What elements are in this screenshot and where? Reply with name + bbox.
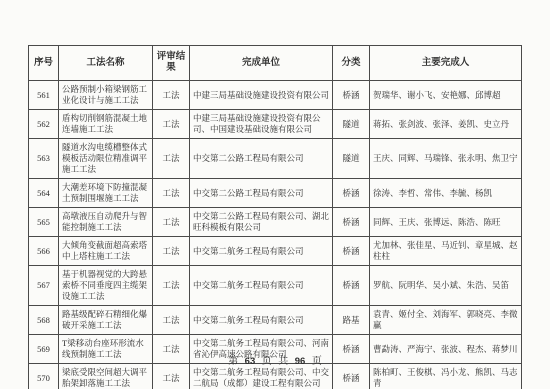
row-method-name: 基于机器视觉的大跨悬索桥不同垂度四主缆架设施工工法 bbox=[59, 266, 153, 306]
header-method-name: 工法名称 bbox=[59, 46, 153, 81]
row-category: 隧道 bbox=[333, 110, 370, 139]
row-main-contributors: 王庆、同辉、马瑞锋、张永明、焦卫宁 bbox=[370, 139, 522, 179]
header-review-result: 评审结果 bbox=[153, 46, 190, 81]
row-category: 桥涵 bbox=[333, 208, 370, 237]
row-completing-unit: 中交第二航务工程局有限公司 bbox=[190, 237, 333, 266]
row-review-result: 工法 bbox=[153, 139, 190, 179]
footer-prefix: 第 bbox=[228, 356, 238, 367]
row-review-result: 工法 bbox=[153, 266, 190, 306]
row-method-name: 公路预制小箱梁钢筋工业化设计与施工工法 bbox=[59, 81, 153, 110]
row-main-contributors: 贺瑞华、谢小飞、安艳娜、邱博超 bbox=[370, 81, 522, 110]
page-number-footer: 第 63 页 共 96 页 bbox=[0, 352, 550, 367]
row-serial-number: 563 bbox=[29, 139, 59, 179]
row-completing-unit: 中建三局基础设施建设投资有限公司 bbox=[190, 81, 333, 110]
table-row: 563隧道水沟电缆槽整体式模板活动限位精准调平施工工法工法中交第二公路工程局有限… bbox=[29, 139, 522, 179]
table-body: 561公路预制小箱梁钢筋工业化设计与施工工法工法中建三局基础设施建设投资有限公司… bbox=[29, 81, 522, 389]
row-serial-number: 570 bbox=[29, 364, 59, 389]
row-method-name: 盾构切削钢筋混凝土地连墙施工工法 bbox=[59, 110, 153, 139]
row-serial-number: 568 bbox=[29, 306, 59, 335]
row-review-result: 工法 bbox=[153, 306, 190, 335]
row-category: 桥涵 bbox=[333, 364, 370, 389]
row-method-name: 梁底受限空间超大调平胎架卸落施工工法 bbox=[59, 364, 153, 389]
row-review-result: 工法 bbox=[153, 81, 190, 110]
construction-method-table: 序号 工法名称 评审结果 完成单位 分类 主要完成人 561公路预制小箱梁钢筋工… bbox=[28, 45, 522, 389]
header-main-contributors: 主要完成人 bbox=[370, 46, 522, 81]
current-page-number: 63 bbox=[245, 356, 256, 367]
header-completing-unit: 完成单位 bbox=[190, 46, 333, 81]
row-completing-unit: 中交第二公路工程局有限公司 bbox=[190, 179, 333, 208]
row-category: 路基 bbox=[333, 306, 370, 335]
header-category: 分类 bbox=[333, 46, 370, 81]
row-completing-unit: 中交第二航务工程局有限公司 bbox=[190, 306, 333, 335]
table-row: 570梁底受限空间超大调平胎架卸落施工工法工法中交第二航务工程局有限公司、中交二… bbox=[29, 364, 522, 389]
table-row: 564大潮差环境下防撞混凝土预制围堰施工工法工法中交第二公路工程局有限公司桥涵徐… bbox=[29, 179, 522, 208]
row-main-contributors: 罗航、阮明华、吴小斌、朱浩、吴笛 bbox=[370, 266, 522, 306]
row-review-result: 工法 bbox=[153, 208, 190, 237]
header-serial-number: 序号 bbox=[29, 46, 59, 81]
table-row: 565高墩液压自动爬升与智能控制施工工法工法中交第二公路工程局有限公司、湖北旺科… bbox=[29, 208, 522, 237]
row-main-contributors: 尤加林、张佳星、马近钊、章星城、赵柱柱 bbox=[370, 237, 522, 266]
table-row: 562盾构切削钢筋混凝土地连墙施工工法工法中建三局基础设施建设投资有限公司、中国… bbox=[29, 110, 522, 139]
table-row: 567基于机器视觉的大跨悬索桥不同垂度四主缆架设施工工法工法中交第二航务工程局有… bbox=[29, 266, 522, 306]
footer-suffix: 页 bbox=[312, 356, 322, 367]
row-serial-number: 561 bbox=[29, 81, 59, 110]
row-completing-unit: 中交第二航务工程局有限公司、中交二航局（成都）建设工程有限公司 bbox=[190, 364, 333, 389]
row-review-result: 工法 bbox=[153, 110, 190, 139]
row-category: 隧道 bbox=[333, 139, 370, 179]
row-method-name: 大倾角变截面超高索塔中上塔柱施工工法 bbox=[59, 237, 153, 266]
table-row: 566大倾角变截面超高索塔中上塔柱施工工法工法中交第二航务工程局有限公司桥涵尤加… bbox=[29, 237, 522, 266]
table-header: 序号 工法名称 评审结果 完成单位 分类 主要完成人 bbox=[29, 46, 522, 81]
row-serial-number: 564 bbox=[29, 179, 59, 208]
row-serial-number: 566 bbox=[29, 237, 59, 266]
footer-mid1: 页 bbox=[262, 356, 272, 367]
row-main-contributors: 同辉、王庆、张博远、陈浩、陈旺 bbox=[370, 208, 522, 237]
row-completing-unit: 中交第二公路工程局有限公司、湖北旺科模板有限公司 bbox=[190, 208, 333, 237]
row-main-contributors: 徐涛、李哲、常伟、李毓、杨凯 bbox=[370, 179, 522, 208]
footer-mid2: 共 bbox=[278, 356, 288, 367]
row-review-result: 工法 bbox=[153, 179, 190, 208]
row-main-contributors: 袁青、姬付全、刘海军、郭晓亮、李微赢 bbox=[370, 306, 522, 335]
row-completing-unit: 中建三局基础设施建设投资有限公司、中国建设基础设施有限公司 bbox=[190, 110, 333, 139]
table-row: 561公路预制小箱梁钢筋工业化设计与施工工法工法中建三局基础设施建设投资有限公司… bbox=[29, 81, 522, 110]
row-completing-unit: 中交第二航务工程局有限公司 bbox=[190, 266, 333, 306]
row-completing-unit: 中交第二公路工程局有限公司 bbox=[190, 139, 333, 179]
row-main-contributors: 蒋拓、张剑波、张泽、姜凯、史立丹 bbox=[370, 110, 522, 139]
document-page: 序号 工法名称 评审结果 完成单位 分类 主要完成人 561公路预制小箱梁钢筋工… bbox=[0, 0, 550, 389]
row-method-name: 隧道水沟电缆槽整体式模板活动限位精准调平施工工法 bbox=[59, 139, 153, 179]
row-category: 桥涵 bbox=[333, 81, 370, 110]
row-serial-number: 562 bbox=[29, 110, 59, 139]
row-review-result: 工法 bbox=[153, 364, 190, 389]
row-review-result: 工法 bbox=[153, 237, 190, 266]
total-page-number: 96 bbox=[295, 356, 306, 367]
row-method-name: 高墩液压自动爬升与智能控制施工工法 bbox=[59, 208, 153, 237]
row-category: 桥涵 bbox=[333, 237, 370, 266]
row-category: 桥涵 bbox=[333, 266, 370, 306]
table-row: 568路基级配碎石精细化爆破开采施工工法工法中交第二航务工程局有限公司路基袁青、… bbox=[29, 306, 522, 335]
row-main-contributors: 陈柏町、王俊棋、冯小龙、熊凯、马志青 bbox=[370, 364, 522, 389]
row-category: 桥涵 bbox=[333, 179, 370, 208]
row-method-name: 路基级配碎石精细化爆破开采施工工法 bbox=[59, 306, 153, 335]
row-method-name: 大潮差环境下防撞混凝土预制围堰施工工法 bbox=[59, 179, 153, 208]
row-serial-number: 567 bbox=[29, 266, 59, 306]
row-serial-number: 565 bbox=[29, 208, 59, 237]
header-row: 序号 工法名称 评审结果 完成单位 分类 主要完成人 bbox=[29, 46, 522, 81]
